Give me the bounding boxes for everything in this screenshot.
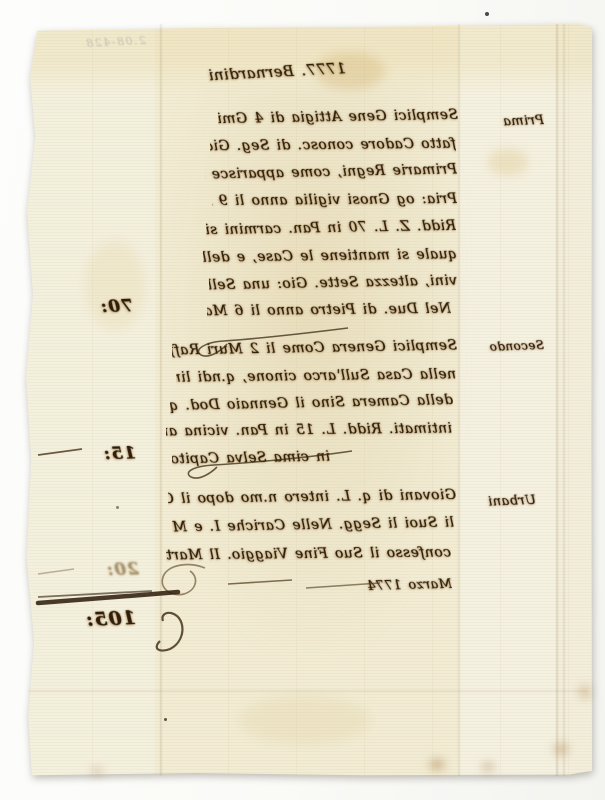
handwriting-line: Giovani di q. L. intero n.mo dopo il Gio…: [168, 485, 456, 509]
handwriting-line: quale si mantiene le Case, e delle utili…: [203, 244, 457, 268]
margin-section-label: Secondo: [486, 335, 545, 357]
handwriting-date-line: Marzo 1774: [360, 575, 452, 597]
handwriting-line: fatto Cadore conosc. di Seg. Giannelli:: [210, 134, 456, 157]
margin-amount: 70:: [85, 296, 134, 318]
handwriting-line: confesso il Suo Fine Viaggio. Il Martino…: [166, 543, 451, 566]
handwriting-line: intimati. Ridd. L. 15 in Pan. vicina ann…: [166, 419, 452, 442]
handwriting-line: Nel Due. di Pietro anno li 6 Mag. 1744: [207, 299, 451, 322]
handwriting-line: in cima Selva Capito: [172, 447, 330, 470]
margin-section-label: Prima: [484, 111, 545, 133]
total-amount: 105:: [78, 608, 137, 630]
margin-amount: 15:: [94, 443, 137, 464]
handwriting-line: nella Casa Sull'arco cinone, q.ndi limit…: [176, 364, 456, 387]
margin-section-label: Urbani: [476, 491, 537, 513]
scanned-manuscript-photo: 2.08-428 1777. Bernardini Semplici Gene …: [0, 0, 605, 800]
margin-amount-faint: 20:: [97, 559, 140, 580]
handwriting-line: Pria: og Gnosi vigilia anno li 9 Xbre 16…: [212, 189, 457, 211]
handwriting-line: Semplici Gene Attigia di 4 Gmino di Gle: [218, 105, 458, 129]
